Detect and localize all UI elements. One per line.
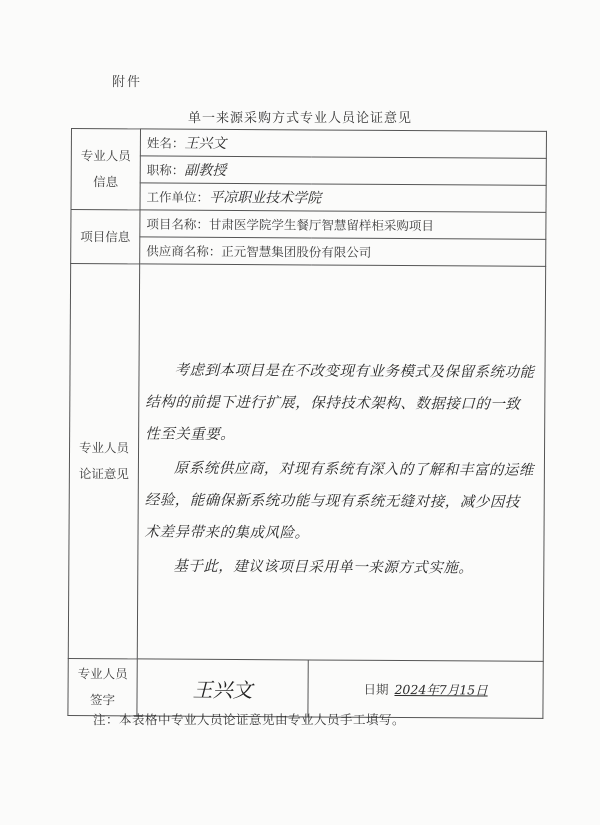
name-value: 王兴文 [184, 136, 226, 152]
signature-label: 专业人员 签字 [68, 658, 137, 715]
work-unit-field: 工作单位：平凉职业技术学院 [140, 183, 546, 212]
name-label: 姓名： [147, 135, 185, 150]
title-value: 副教授 [184, 163, 226, 179]
project-name-value: 甘肃医学院学生餐厅智慧留样柜采购项目 [209, 217, 434, 233]
work-unit-label: 工作单位： [147, 189, 210, 204]
project-info-label: 项目信息 [71, 210, 140, 264]
document-title: 单一来源采购方式专业人员论证意见 [0, 107, 600, 126]
date-label: 日期 [363, 682, 388, 697]
supplier-field: 供应商名称：正元智慧集团股份有限公司 [140, 237, 546, 266]
signature-value: 王兴文 [193, 677, 253, 701]
personnel-info-label: 专业人员 信息 [71, 129, 140, 210]
signature-cell: 王兴文 [137, 659, 308, 717]
attachment-label: 附件 [112, 71, 142, 90]
opinion-paragraph: 原系统供应商，对现有系统有深入的了解和丰富的运维经验，能确保新系统功能与现有系统… [144, 452, 534, 550]
project-name-field: 项目名称：甘肃医学院学生餐厅智慧留样柜采购项目 [140, 210, 546, 239]
work-unit-value: 平凉职业技术学院 [209, 190, 321, 207]
name-field: 姓名：王兴文 [140, 129, 546, 158]
footnote: 注：本表格中专业人员论证意见由专业人员手工填写。 [93, 710, 405, 728]
title-field: 职称：副教授 [140, 156, 546, 185]
opinion-paragraph: 基于此，建议该项目采用单一来源方式实施。 [144, 550, 533, 584]
opinion-form-table: 专业人员 信息 姓名：王兴文 职称：副教授 工作单位：平凉职业技术学院 项目信息… [67, 128, 547, 719]
opinion-content: 考虑到本项目是在不改变现有业务模式及保留系统功能结构的前提下进行扩展，保持技术架… [137, 264, 545, 661]
supplier-value: 正元智慧集团股份有限公司 [221, 244, 371, 260]
project-name-label: 项目名称： [146, 216, 209, 231]
date-value: 2024年7月15日 [394, 682, 487, 698]
supplier-label: 供应商名称： [146, 243, 221, 258]
title-label: 职称： [147, 162, 185, 177]
opinion-paragraph: 考虑到本项目是在不改变现有业务模式及保留系统功能结构的前提下进行扩展，保持技术架… [145, 354, 535, 452]
opinion-label: 专业人员 论证意见 [68, 264, 139, 659]
